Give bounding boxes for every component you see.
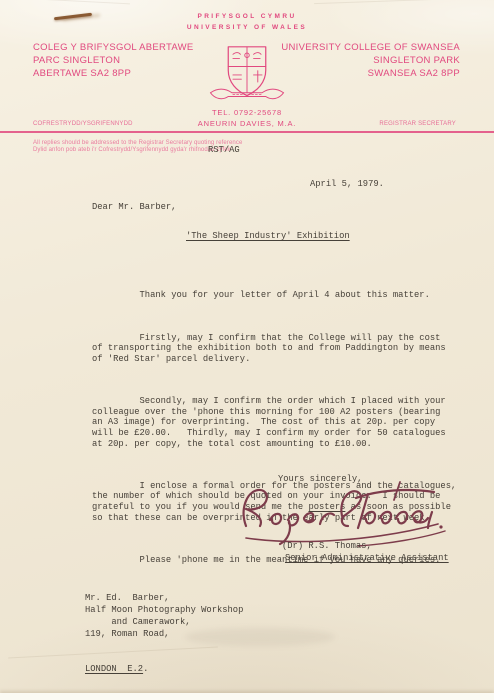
college-address-welsh: COLEG Y BRIFYSGOL ABERTAWE PARC SINGLETO… [33,41,194,80]
recipient-city: LONDON E.2 [85,664,143,674]
paragraph-4-underlined-word: posters [308,502,345,512]
registrar-title-welsh: COFRESTRYDD/YSGRIFENNYDD [33,121,133,127]
paragraph-3: Secondly, may I confirm the order which … [92,396,478,449]
university-name-welsh: PRIFYSGOL CYMRU [0,13,494,20]
college-address-welsh-line3: ABERTAWE SA2 8PP [33,67,194,80]
scan-background-strip [0,693,494,700]
registrar-title-english: REGISTRAR SECRETARY [379,121,456,127]
salutation: Dear Mr. Barber, [92,202,176,213]
signer-job-title: Senior Administrative Assistant [285,553,453,564]
telephone-number: TEL. 0792-25678 [0,108,494,117]
college-address-english-line1: UNIVERSITY COLLEGE OF SWANSEA [281,41,460,54]
recipient-address: Mr. Ed. Barber, Half Moon Photography Wo… [85,569,243,700]
letterhead-rule [0,131,494,133]
university-name-english: UNIVERSITY OF WALES [0,24,494,31]
university-crest-icon [205,44,289,104]
closing-phrase: Yours sincerely, [278,474,362,485]
college-address-english: UNIVERSITY COLLEGE OF SWANSEA SINGLETON … [281,41,460,80]
letter-date: April 5, 1979. [310,179,384,190]
recipient-city-period: . [143,664,148,674]
paper-crease [314,0,494,4]
college-address-welsh-line2: PARC SINGLETON [33,54,194,67]
recipient-address-block: Mr. Ed. Barber, Half Moon Photography Wo… [85,593,243,641]
college-address-english-line3: SWANSEA SA2 8PP [281,67,460,80]
signer-typed-name: (Dr) R.S. Thomas, [282,541,372,552]
paper-crease [0,0,130,4]
letter-page: PRIFYSGOL CYMRU UNIVERSITY OF WALES COLE… [0,0,494,700]
reference-code: RST/AG [208,145,240,156]
letter-body: Thank you for your letter of April 4 abo… [92,269,478,587]
subject-line: 'The Sheep Industry' Exhibition [186,231,350,242]
paragraph-2: Firstly, may I confirm that the College … [92,333,478,365]
recipient-city-line: LONDON E.2. [85,664,243,676]
paragraph-4: I enclose a formal order for the posters… [92,481,478,523]
college-address-welsh-line1: COLEG Y BRIFYSGOL ABERTAWE [33,41,194,54]
paragraph-1: Thank you for your letter of April 4 abo… [92,290,478,301]
college-address-english-line2: SINGLETON PARK [281,54,460,67]
